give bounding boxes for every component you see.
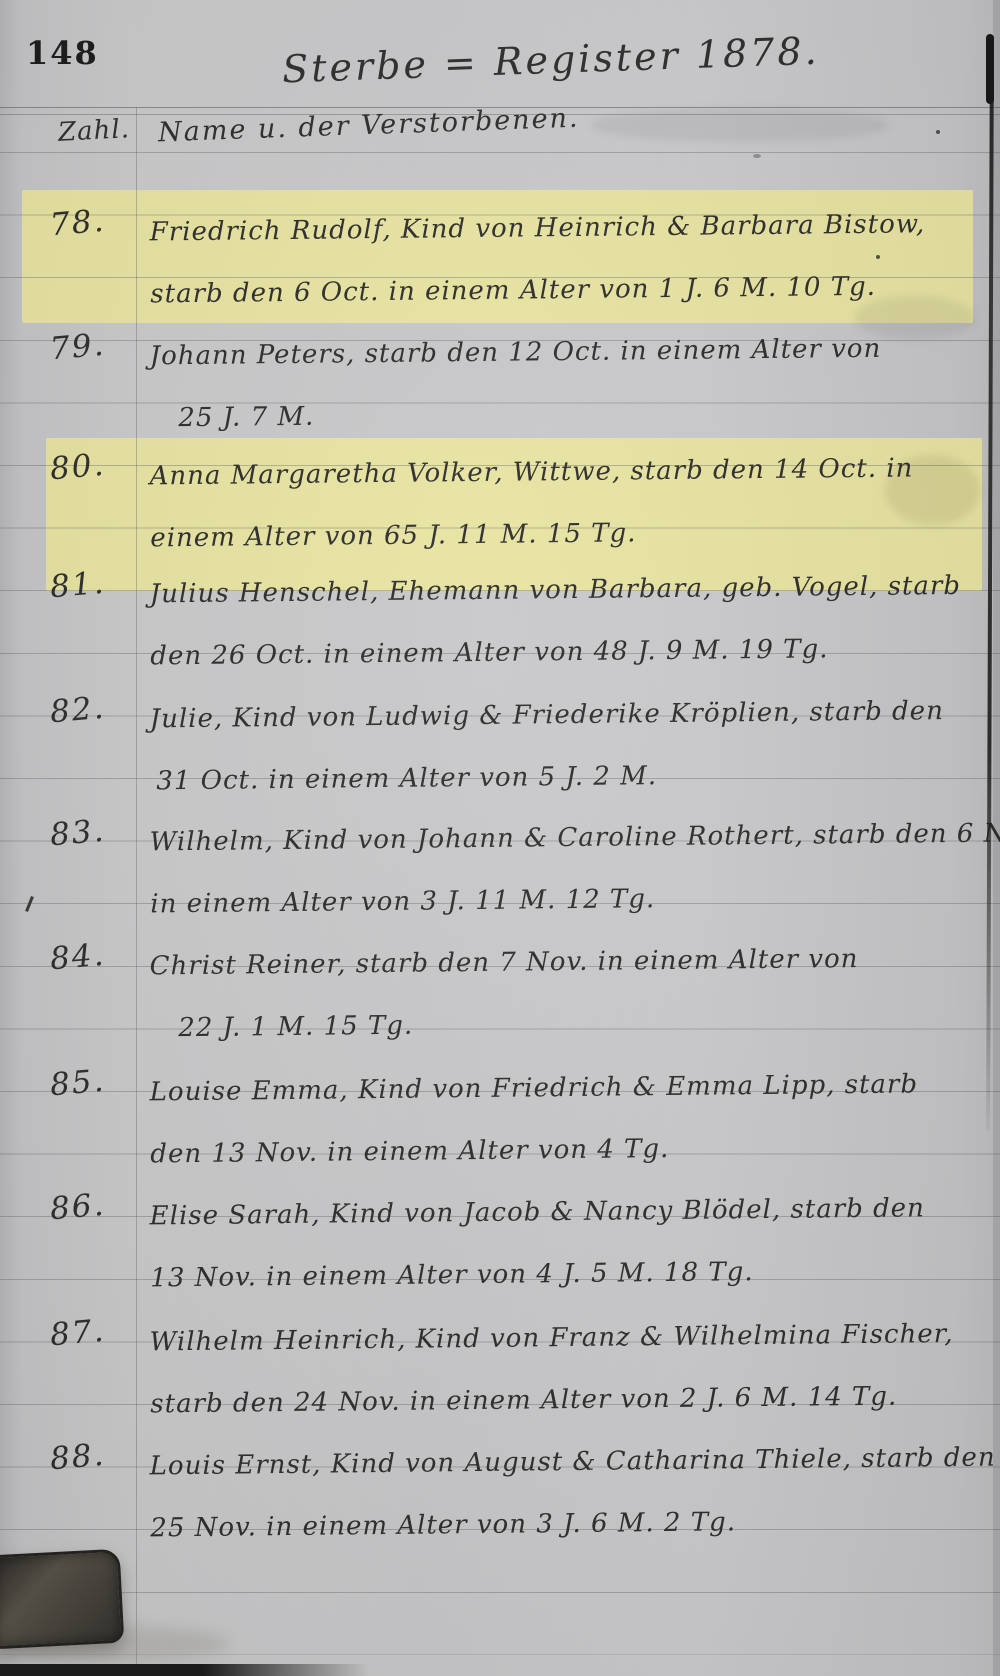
entry-number: 87. (49, 1313, 107, 1354)
entry-number: 78. (49, 203, 107, 244)
column-header-name: Name u. der Verstorbenen. (158, 103, 580, 149)
entry-line2: starb den 24 Nov. in einem Alter von 2 J… (150, 1365, 996, 1436)
binding-strap (0, 1549, 124, 1650)
entry-line2: 13 Nov. in einem Alter von 4 J. 5 M. 18 … (150, 1239, 996, 1310)
bleed-through-smudge (590, 108, 890, 142)
entry-number: 86. (49, 1187, 107, 1228)
entry-line1: Wilhelm, Kind von Johann & Caroline Roth… (149, 803, 995, 874)
ink-tick-mark (25, 896, 34, 912)
entry-number: 85. (49, 1063, 107, 1104)
entry-line2: in einem Alter von 3 J. 11 M. 12 Tg. (150, 865, 996, 936)
entry-line1: Louise Emma, Kind von Friedrich & Emma L… (149, 1053, 995, 1124)
ink-speck (753, 154, 761, 158)
ink-speck (936, 130, 940, 134)
entry-number: 79. (49, 327, 107, 368)
entry-line2: 31 Oct. in einem Alter von 5 J. 2 M. (156, 742, 996, 813)
page-edge-blotch (986, 34, 994, 104)
entry-line1: Julie, Kind von Ludwig & Friederike Kröp… (149, 680, 995, 751)
margin-column-line (136, 107, 137, 1676)
entry-line2: 25 Nov. in einem Alter von 3 J. 6 M. 2 T… (150, 1489, 996, 1560)
entry-line2: 22 J. 1 M. 15 Tg. (178, 989, 996, 1060)
entry-line1: Christ Reiner, starb den 7 Nov. in einem… (149, 927, 995, 998)
register-page-scan: 148 Sterbe = Register 1878. Zahl. Name u… (0, 0, 1000, 1676)
entry-number: 81. (49, 565, 107, 606)
entry-number: 84. (49, 937, 107, 978)
entry-line1: Elise Sarah, Kind von Jacob & Nancy Blöd… (149, 1177, 995, 1248)
entry-line1: Johann Peters, starb den 12 Oct. in eine… (149, 317, 995, 388)
entry-number: 80. (49, 447, 107, 488)
page-title: Sterbe = Register 1878. (281, 29, 820, 92)
entry-line1: Julius Henschel, Ehemann von Barbara, ge… (149, 555, 995, 626)
column-header-zahl: Zahl. (57, 114, 130, 148)
entry-line2: den 26 Oct. in einem Alter von 48 J. 9 M… (150, 617, 996, 688)
binding-smudge (0, 1626, 230, 1662)
page-number: 148 (26, 34, 99, 72)
entry-line1: Friedrich Rudolf, Kind von Heinrich & Ba… (149, 193, 995, 264)
entry-line2: starb den 6 Oct. in einem Alter von 1 J.… (150, 255, 996, 326)
entry-number: 88. (49, 1437, 107, 1478)
entry-line1: Louis Ernst, Kind von August & Catharina… (149, 1427, 995, 1498)
entry-line1: Anna Margaretha Volker, Wittwe, starb de… (149, 437, 995, 508)
entry-line2: den 13 Nov. in einem Alter von 4 Tg. (150, 1115, 996, 1186)
entry-number: 83. (49, 813, 107, 854)
bottom-page-shadow (0, 1664, 370, 1676)
entry-line1: Wilhelm Heinrich, Kind von Franz & Wilhe… (149, 1303, 995, 1374)
entry-number: 82. (49, 690, 107, 731)
